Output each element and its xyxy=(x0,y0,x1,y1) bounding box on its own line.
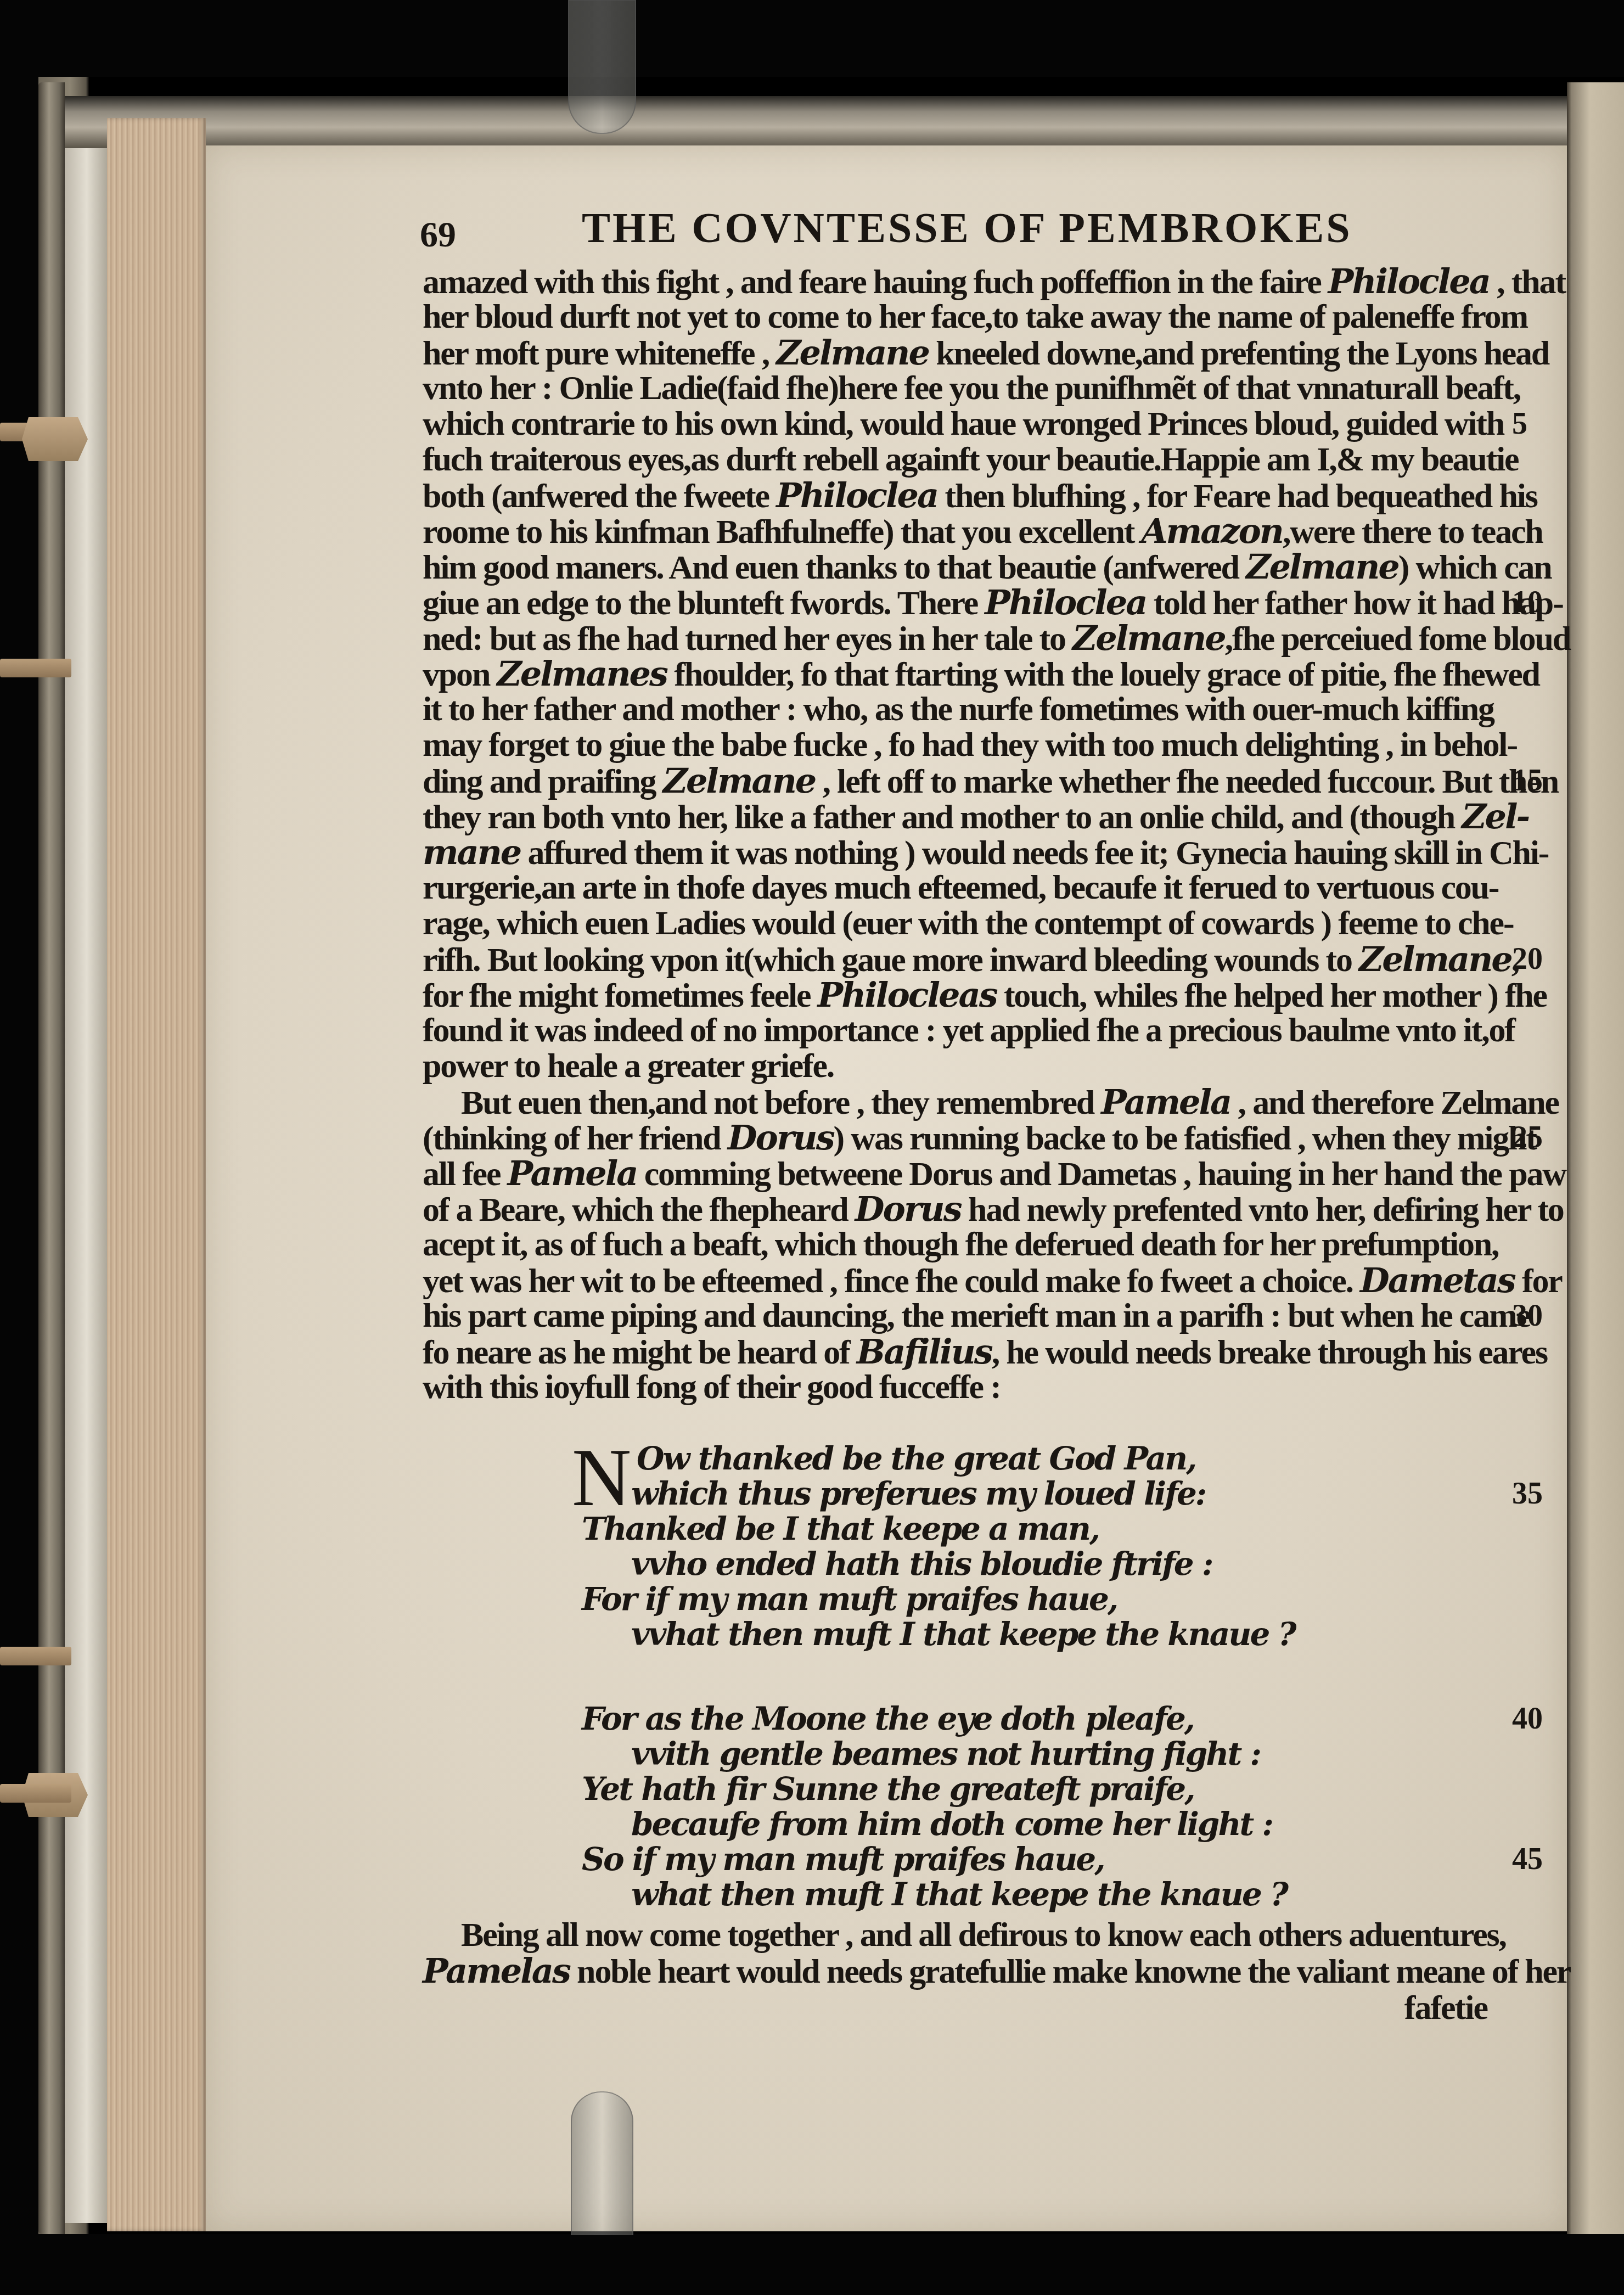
verse-text: So if my man muft praifes haue, xyxy=(582,1841,1104,1878)
verse-line: For as the Moone the eye doth pleafe,40 xyxy=(582,1701,1493,1736)
line-text-tail: ) was running backe to be fatisfied , wh… xyxy=(834,1120,1536,1157)
page-holder-clip-bottom xyxy=(571,2091,633,2295)
text-line: all fee Pamela comming betweene Dorus an… xyxy=(423,1155,1493,1191)
verse-line: becaufe from him doth come her light : xyxy=(582,1806,1493,1842)
text-line: him good maners. And euen thanks to that… xyxy=(423,549,1493,585)
text-line: her bloud durft not yet to come to her f… xyxy=(423,299,1493,335)
book-top-edge xyxy=(65,96,1624,148)
line-text: vpon xyxy=(423,656,497,693)
line-text: acept it, as of fuch a beaft, which thou… xyxy=(423,1226,1498,1263)
text-line: But euen then,and not before , they reme… xyxy=(423,1084,1493,1120)
verse-text: what then muft I that keepe the knaue ? xyxy=(631,1876,1287,1913)
line-text-tail: then blufhing , for Feare had bequeathed… xyxy=(937,478,1537,515)
line-text: her moft pure whiteneffe , xyxy=(423,335,776,372)
proper-name-italic: Zelmane xyxy=(1359,939,1511,979)
text-line: Being all now come together , and all de… xyxy=(423,1917,1493,1953)
proper-name-italic: Dametas xyxy=(1360,1260,1515,1300)
verse-line: which thus preferues my loued life:35 xyxy=(582,1476,1493,1511)
proper-name-italic: Pamela xyxy=(1101,1082,1230,1122)
line-text: which contrarie to his own kind, would h… xyxy=(423,405,1504,442)
text-line: with this ioyfull fong of their good fuc… xyxy=(423,1370,1493,1405)
running-head: 69 THE COVNTESSE OF PEMBROKES xyxy=(423,203,1493,263)
line-text-tail: affured them it was nothing ) would need… xyxy=(520,834,1548,872)
margin-line-number: 10 xyxy=(1512,585,1543,620)
binding-strap xyxy=(0,1647,71,1665)
proper-name-italic: Zelmanes xyxy=(497,654,666,694)
text-line: they ran both vnto her, like a father an… xyxy=(423,799,1493,834)
prose-before-song: amazed with this fight , and feare hauin… xyxy=(423,263,1493,1405)
verse-text: vvith gentle beames not hurting fight : xyxy=(631,1735,1260,1772)
line-text-tail: fhoulder, fo that ftarting with the loue… xyxy=(667,656,1539,693)
verse-line: what then muft I that keepe the knaue ? xyxy=(582,1877,1493,1912)
margin-line-number: 15 xyxy=(1512,763,1543,799)
text-line: her moft pure whiteneffe , Zelmane kneel… xyxy=(423,335,1493,371)
text-line: fuch traiterous eyes,as durft rebell aga… xyxy=(423,442,1493,478)
verse-line: So if my man muft praifes haue,45 xyxy=(582,1842,1493,1877)
line-text: they ran both vnto her, like a father an… xyxy=(423,799,1462,836)
verse-text: For if my man muft praifes haue, xyxy=(582,1580,1117,1618)
line-text-tail: had newly prefented vnto her, defiring h… xyxy=(961,1191,1564,1228)
line-text: vnto her : Onlie Ladie(faid fhe)here fee… xyxy=(423,369,1520,407)
margin-line-number: 35 xyxy=(1512,1476,1543,1511)
verse-text: Thanked be I that keepe a man, xyxy=(582,1510,1099,1547)
proper-name-italic: Zelmane xyxy=(776,333,929,373)
line-text: his part came piping and dauncing, the m… xyxy=(423,1297,1530,1334)
binding-strap xyxy=(0,1784,71,1803)
margin-line-number: 5 xyxy=(1512,406,1527,442)
proper-name-italic: Zel- xyxy=(1462,796,1529,837)
line-text: fo neare as he might be heard of xyxy=(423,1334,857,1371)
line-text: ned: but as fhe had turned her eyes in h… xyxy=(423,620,1072,658)
line-text: her bloud durft not yet to come to her f… xyxy=(423,298,1527,335)
text-line: vpon Zelmanes fhoulder, fo that ftarting… xyxy=(423,656,1493,692)
line-text-tail: , he would needs breake through his eare… xyxy=(992,1334,1547,1371)
text-line: (thinking of her friend Dorus) was runni… xyxy=(423,1120,1493,1155)
proper-name-italic: Philoclea xyxy=(776,475,937,515)
line-text-tail: comming betweene Dorus and Dametas , hau… xyxy=(637,1155,1565,1193)
verse-line: Yet hath fir Sunne the greateft praife, xyxy=(582,1771,1493,1806)
margin-line-number: 45 xyxy=(1512,1842,1543,1877)
binding-strap-tab xyxy=(22,417,88,461)
text-block: 69 THE COVNTESSE OF PEMBROKES amazed wit… xyxy=(423,203,1493,2028)
verse-text: vvho ended hath this bloudie ftrife : xyxy=(631,1545,1212,1583)
line-text-tail: , left off to marke whether fhe needed f… xyxy=(815,763,1558,800)
text-line: his part came piping and dauncing, the m… xyxy=(423,1298,1493,1334)
text-line: ding and praifing Zelmane , left off to … xyxy=(423,763,1493,799)
line-text: with this ioyfull fong of their good fuc… xyxy=(423,1368,1001,1406)
running-head-title: THE COVNTESSE OF PEMBROKES xyxy=(582,203,1352,252)
text-line: mane affured them it was nothing ) would… xyxy=(423,834,1493,870)
song: N Ow thanked be the great God Pan,which … xyxy=(582,1441,1493,1912)
line-text-tail: touch, whiles fhe helped her mother ) fh… xyxy=(997,977,1547,1014)
line-text: it to her father and mother : who, as th… xyxy=(423,691,1494,728)
text-line: fo neare as he might be heard of Bafiliu… xyxy=(423,1334,1493,1370)
line-text: rifh. But looking vpon it(which gaue mor… xyxy=(423,941,1359,979)
text-line: vnto her : Onlie Ladie(faid fhe)here fee… xyxy=(423,371,1493,406)
verse-text: For as the Moone the eye doth pleafe, xyxy=(582,1700,1194,1737)
line-text: Being all now come together , and all de… xyxy=(461,1916,1506,1954)
line-text: yet was her wit to be efteemed , fince f… xyxy=(423,1262,1360,1300)
line-text: rurgerie,an arte in thofe dayes much eft… xyxy=(423,869,1498,906)
line-text: of a Beare, which the fhepheard xyxy=(423,1191,855,1228)
text-line: both (anfwered the fweete Philoclea then… xyxy=(423,478,1493,513)
line-text-tail: , and therefore Zelmane xyxy=(1230,1084,1559,1121)
text-line: rifh. But looking vpon it(which gaue mor… xyxy=(423,941,1493,977)
line-text: found it was indeed of no importance : y… xyxy=(423,1012,1515,1049)
line-text: both (anfwered the fweete xyxy=(423,478,776,515)
verse-text: vvhat then muft I that keepe the knaue ? xyxy=(631,1615,1295,1653)
margin-line-number: 30 xyxy=(1512,1298,1543,1334)
margin-line-number: 40 xyxy=(1512,1701,1543,1736)
verse-text: Yet hath fir Sunne the greateft praife, xyxy=(582,1770,1194,1808)
margin-line-number: 20 xyxy=(1512,941,1543,977)
proper-name-italic: mane xyxy=(423,832,520,872)
page-holder-clip-top xyxy=(568,0,636,134)
text-line: power to heale a greater griefe. xyxy=(423,1048,1493,1084)
margin-line-number: 25 xyxy=(1512,1120,1543,1155)
text-line: amazed with this fight , and feare hauin… xyxy=(423,263,1493,299)
proper-name-italic: Dorus xyxy=(855,1189,961,1229)
verse-line: For if my man muft praifes haue, xyxy=(582,1581,1493,1617)
book-spine-edge xyxy=(38,82,65,2234)
prose-after-song: Being all now come together , and all de… xyxy=(423,1917,1493,1989)
line-text: all fee xyxy=(423,1155,508,1193)
text-line: acept it, as of fuch a beaft, which thou… xyxy=(423,1227,1493,1262)
line-text: (thinking of her friend xyxy=(423,1120,728,1157)
text-line: ned: but as fhe had turned her eyes in h… xyxy=(423,620,1493,656)
line-text-tail: kneeled downe,and prefenting the Lyons h… xyxy=(929,335,1549,372)
line-text-tail: for xyxy=(1515,1262,1562,1300)
verse-line: vvhat then muft I that keepe the knaue ? xyxy=(582,1617,1493,1652)
page-fore-edge xyxy=(107,118,206,2231)
text-line: it to her father and mother : who, as th… xyxy=(423,692,1493,727)
proper-name-italic: Philoclea xyxy=(985,582,1146,622)
line-text-tail: ) which can xyxy=(1398,549,1552,586)
facing-page-gutter xyxy=(1567,82,1624,2234)
line-text: roome to his kinfman Bafhfulneffe) that … xyxy=(423,513,1141,551)
line-text-tail: , that xyxy=(1490,263,1565,301)
text-line: roome to his kinfman Bafhfulneffe) that … xyxy=(423,513,1493,549)
line-text-tail: told her father how it had hap- xyxy=(1146,585,1563,622)
line-text: ding and praifing xyxy=(423,763,663,800)
proper-name-italic: Zelmane xyxy=(1246,547,1398,587)
verse-line: vvith gentle beames not hurting fight : xyxy=(582,1736,1493,1771)
verse-text: Ow thanked be the great God Pan, xyxy=(637,1440,1195,1477)
line-text: rage, which euen Ladies would (euer with… xyxy=(423,905,1513,942)
text-line: Pamelas noble heart would needs grateful… xyxy=(423,1953,1493,1989)
verse-text: becaufe from him doth come her light : xyxy=(631,1805,1272,1843)
proper-name-italic: Pamela xyxy=(508,1153,637,1193)
binding-strap xyxy=(0,659,71,677)
proper-name-italic: Zelmane xyxy=(663,761,816,801)
verse-text: which thus preferues my loued life: xyxy=(631,1475,1205,1512)
proper-name-italic: Zelmane xyxy=(1072,618,1225,658)
proper-name-italic: Philocleas xyxy=(818,975,997,1015)
proper-name-italic: Dorus xyxy=(728,1118,834,1158)
proper-name-italic: Amazon xyxy=(1141,511,1283,551)
line-text: for fhe might fometimes feele xyxy=(423,977,818,1014)
line-text: may forget to giue the babe fucke , fo h… xyxy=(423,726,1517,764)
proper-name-italic: Philoclea xyxy=(1328,261,1490,301)
verse-line: Ow thanked be the great God Pan, xyxy=(582,1441,1493,1476)
line-text-tail: ,fhe perceiued fome bloud xyxy=(1225,620,1570,658)
proper-name-italic: Bafilius xyxy=(857,1332,992,1372)
catchword: fafetie xyxy=(423,1989,1493,2028)
line-text: him good maners. And euen thanks to that… xyxy=(423,549,1246,586)
text-line: found it was indeed of no importance : y… xyxy=(423,1013,1493,1048)
line-text: But euen then,and not before , they reme… xyxy=(461,1084,1101,1121)
text-line: rurgerie,an arte in thofe dayes much eft… xyxy=(423,870,1493,906)
text-line: yet was her wit to be efteemed , fince f… xyxy=(423,1262,1493,1298)
line-text: power to heale a greater griefe. xyxy=(423,1047,834,1085)
text-line: for fhe might fometimes feele Philocleas… xyxy=(423,977,1493,1013)
line-text-tail: noble heart would needs gratefullie make… xyxy=(570,1953,1570,1990)
text-line: which contrarie to his own kind, would h… xyxy=(423,406,1493,442)
text-line: giue an edge to the blunteft fwords. The… xyxy=(423,585,1493,620)
text-line: may forget to giue the babe fucke , fo h… xyxy=(423,727,1493,763)
proper-name-italic: Pamelas xyxy=(423,1951,570,1991)
text-line: of a Beare, which the fhepheard Dorus ha… xyxy=(423,1191,1493,1227)
page-number: 69 xyxy=(420,214,456,256)
line-text-tail: ,were there to teach xyxy=(1283,513,1543,551)
verse-line: Thanked be I that keepe a man, xyxy=(582,1511,1493,1546)
verse-line: vvho ended hath this bloudie ftrife : xyxy=(582,1546,1493,1581)
line-text: giue an edge to the blunteft fwords. The… xyxy=(423,585,985,622)
text-line: rage, which euen Ladies would (euer with… xyxy=(423,906,1493,941)
line-text: amazed with this fight , and feare hauin… xyxy=(423,263,1328,301)
line-text: fuch traiterous eyes,as durft rebell aga… xyxy=(423,441,1518,478)
